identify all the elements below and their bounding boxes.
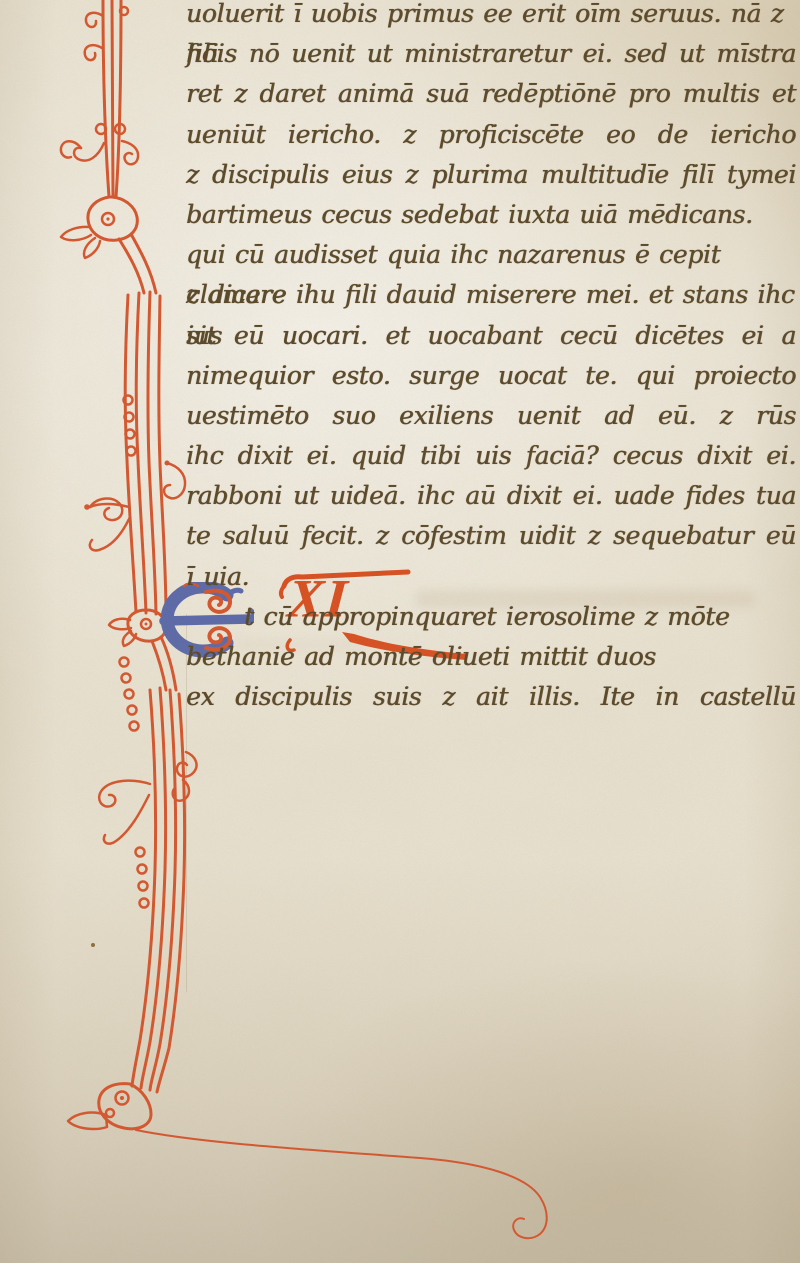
text-line: te saluū fecit. z cōfestim uidit z seque… bbox=[186, 516, 796, 556]
text-line: z dicere ihu fili dauid miserere mei. et… bbox=[186, 275, 796, 315]
spiral-curls-top bbox=[85, 13, 103, 60]
text-line: hōis nō uenit ut ministraretur ei. sed u… bbox=[186, 34, 796, 74]
text-line: ueniūt iericho. z proficiscēte eo de ier… bbox=[186, 115, 796, 155]
manuscript-page: E XI uoluerit ī uobis primus ee erit oīm… bbox=[0, 0, 800, 1263]
chain-circles bbox=[136, 848, 149, 908]
text-block: uoluerit ī uobis primus ee erit oīm seru… bbox=[186, 0, 796, 717]
text-line: ī uia. bbox=[186, 557, 796, 597]
text-line: qui cū audisset quia ihc nazarenus ē cep… bbox=[186, 235, 796, 275]
text-line: ex discipulis suis z ait illis. Ite in c… bbox=[186, 677, 796, 717]
text-line: uoluerit ī uobis primus ee erit oīm seru… bbox=[186, 0, 796, 34]
text-line: z discipulis eius z plurima multitudīe f… bbox=[186, 155, 796, 195]
text-line: ret z daret animā suā redēptiōnē pro mul… bbox=[186, 74, 796, 114]
text-line: bartimeus cecus sedebat iuxta uiā mēdica… bbox=[186, 195, 796, 235]
text-line: ihc dixit ei. quid tibi uis faciā? cecus… bbox=[186, 436, 796, 476]
text-line: uestimēto suo exiliens uenit ad eū. z rū… bbox=[186, 396, 796, 436]
text-line: sit eū uocari. et uocabant cecū dicētes … bbox=[186, 316, 796, 356]
text-line: rabboni ut uideā. ihc aū dixit ei. uade … bbox=[186, 476, 796, 516]
text-line: nimequior esto. surge uocat te. qui proi… bbox=[186, 356, 796, 396]
text-line: bethanie ad montē oliueti mittit duos bbox=[186, 637, 796, 677]
dragon-head-bottom-icon bbox=[68, 1084, 151, 1129]
text-line: t cū appropinquaret ierosolime z mōte bbox=[244, 597, 796, 637]
chain-circles bbox=[120, 658, 139, 731]
tail-flourish bbox=[136, 1130, 547, 1238]
